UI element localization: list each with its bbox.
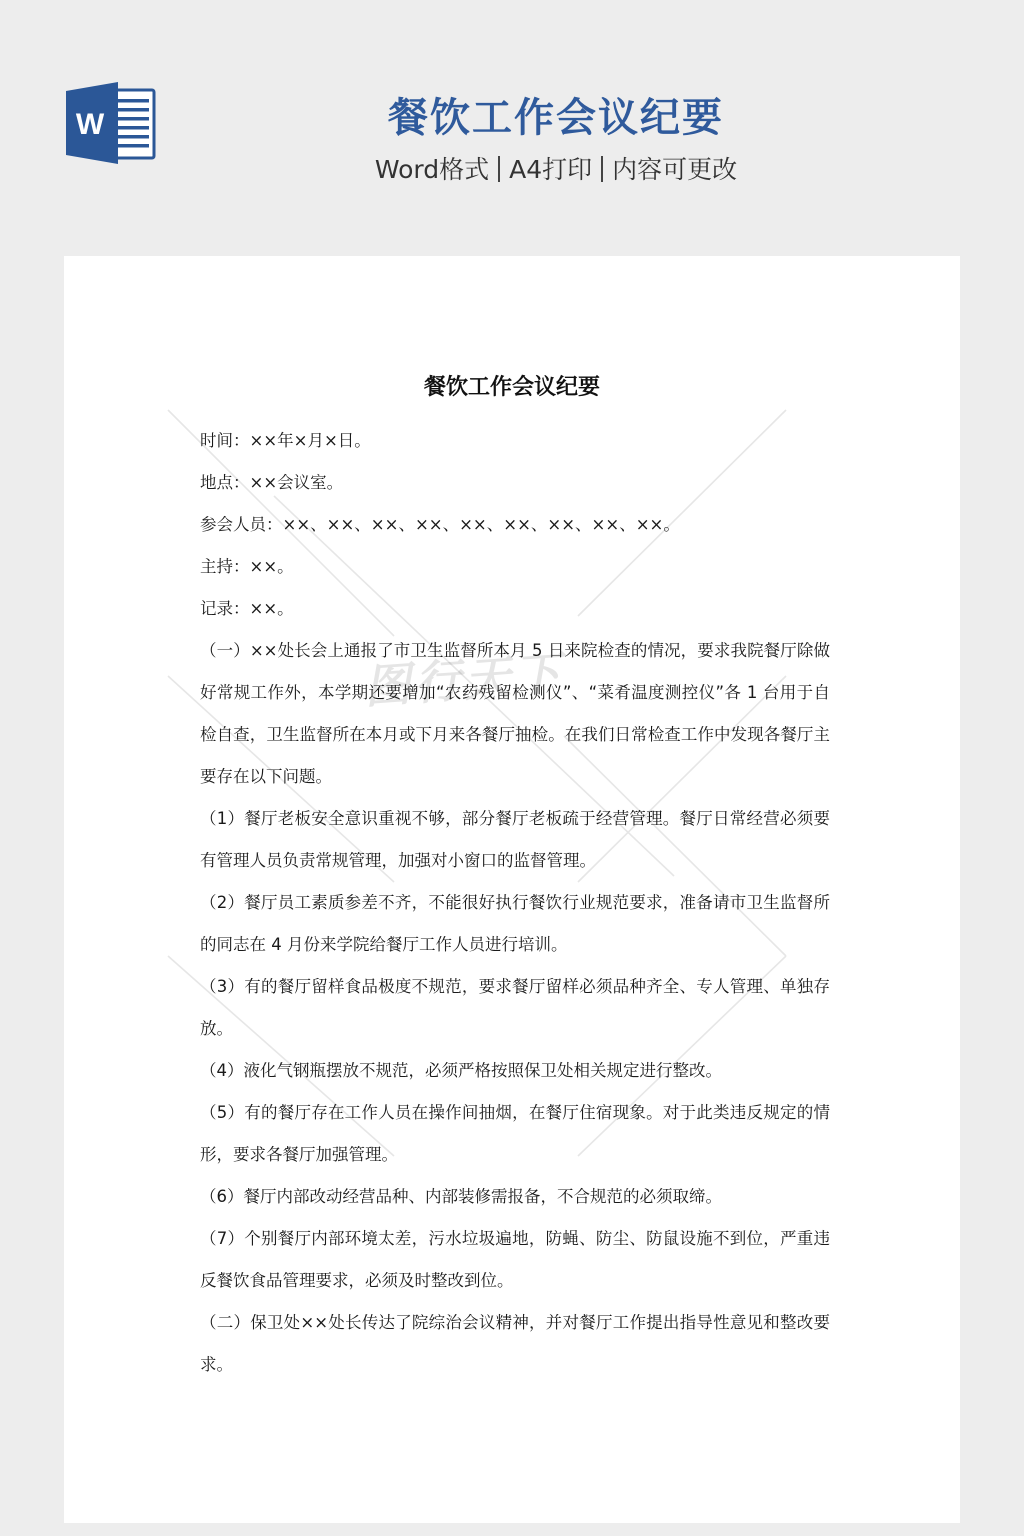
issue-item: （5）有的餐厅存在工作人员在操作间抽烟，在餐厅住宿现象。对于此类违反规定的情形，… [200,1092,830,1176]
banner-title: 餐饮工作会议纪要 [300,92,812,144]
subtitle-separator [498,156,500,182]
meeting-recorder: 记录：××。 [200,588,830,630]
subtitle-print: A4打印 [509,155,592,184]
meeting-location: 地点：××会议室。 [200,462,830,504]
section-two: （二）保卫处××处长传达了院综治会议精神，并对餐厅工作提出指导性意见和整改要求。 [200,1302,830,1386]
meeting-host: 主持：××。 [200,546,830,588]
document-body: 时间：××年×月×日。 地点：××会议室。 参会人员：××、××、××、××、×… [200,420,830,1386]
issue-item: （7）个别餐厅内部环境太差，污水垃圾遍地，防蝇、防尘、防鼠设施不到位，严重违反餐… [200,1218,830,1302]
issue-item: （1）餐厅老板安全意识重视不够，部分餐厅老板疏于经营管理。餐厅日常经营必须要有管… [200,798,830,882]
subtitle-separator [601,156,603,182]
issue-item: （6）餐厅内部改动经营品种、内部装修需报备，不合规范的必须取缔。 [200,1176,830,1218]
issue-item: （2）餐厅员工素质参差不齐，不能很好执行餐饮行业规范要求，准备请市卫生监督所的同… [200,882,830,966]
meeting-attendees: 参会人员：××、××、××、××、××、××、××、××、××。 [200,504,830,546]
issue-item: （3）有的餐厅留样食品极度不规范，要求餐厅留样必须品种齐全、专人管理、单独存放。 [200,966,830,1050]
banner-subtitle: Word格式A4打印内容可更改 [300,152,812,188]
subtitle-format: Word格式 [375,155,489,184]
subtitle-editable: 内容可更改 [612,155,737,184]
svg-text:W: W [76,108,105,141]
document-title: 餐饮工作会议纪要 [64,372,960,404]
word-document-icon: W [64,82,156,164]
document-page: 图行天下 餐饮工作会议纪要 时间：××年×月×日。 地点：××会议室。 参会人员… [64,256,960,1523]
header-banner: W 餐饮工作会议纪要 Word格式A4打印内容可更改 [0,0,1024,256]
issue-item: （4）液化气钢瓶摆放不规范，必须严格按照保卫处相关规定进行整改。 [200,1050,830,1092]
section-one: （一）××处长会上通报了市卫生监督所本月 5 日来院检查的情况，要求我院餐厅除做… [200,630,830,798]
meeting-time: 时间：××年×月×日。 [200,420,830,462]
